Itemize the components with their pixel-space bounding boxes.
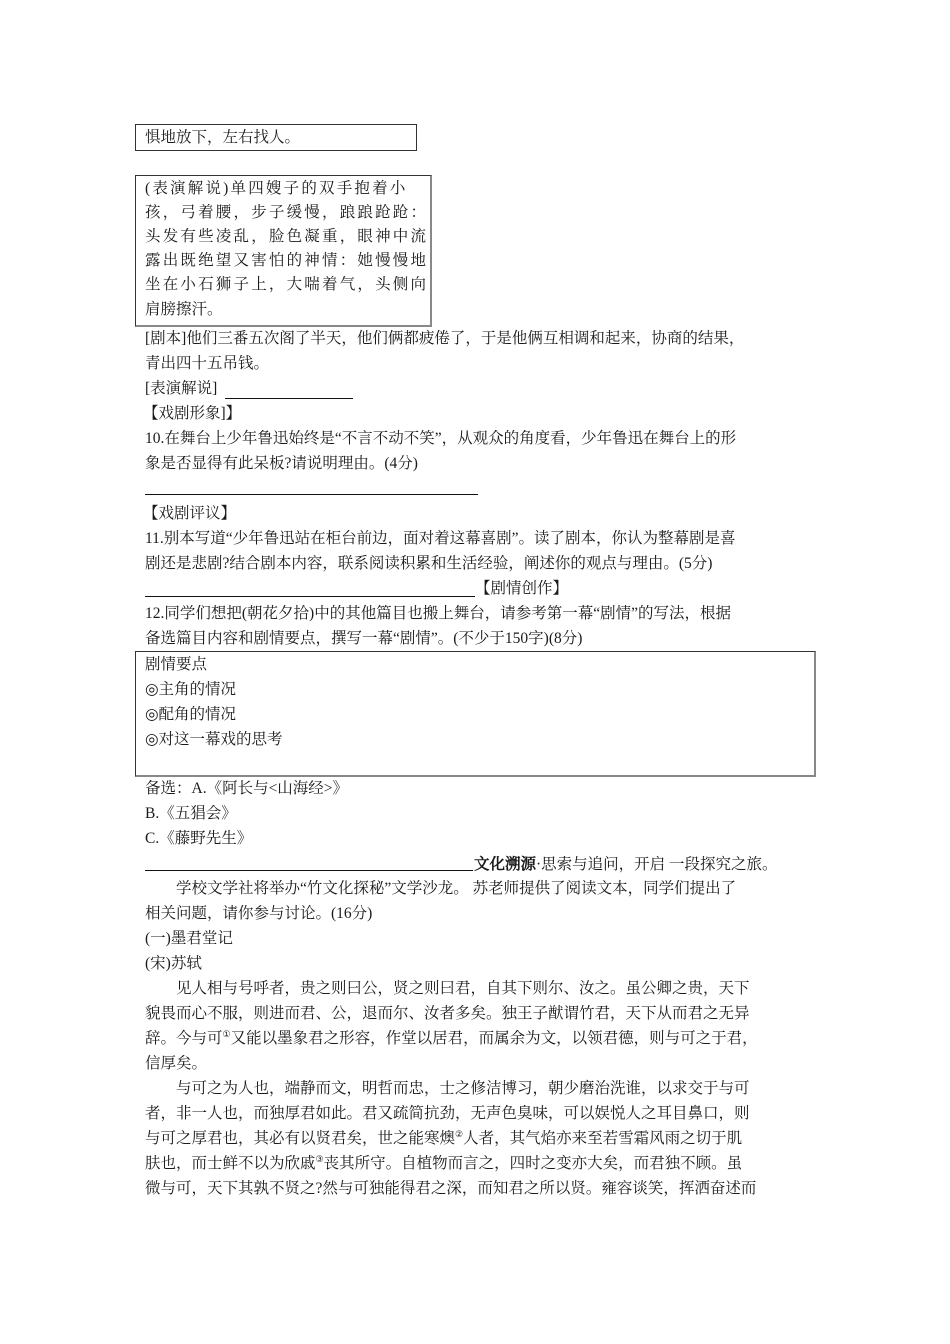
question-12-line-2: 备选篇目内容和剧情要点，撰写一幕“剧情”。(不少于150字)(8分)	[145, 629, 582, 649]
question-10-line-1: 10.在舞台上少年鲁迅始终是“不言不动不笑”，从观众的角度看，少年鲁迅在舞台上的…	[145, 429, 736, 449]
commentary-line: 头发有些凌乱，脸色凝重，眼神中流	[145, 227, 428, 247]
paragraph-1-line: 辞。今与可①又能以墨象君之形容，作堂以居君，而属余为文，以领君德，则与可之于君，	[145, 1029, 758, 1049]
question-11-line-2: 剧还是悲剧?结合剧本内容，联系阅读积累和生活经验，阐述你的观点与理由。(5分)	[145, 554, 712, 574]
paragraph-2-line: 与可之为人也，端静而文，明哲而忠，士之修洁博习，朝少磨治洗谁，以求交于与可	[176, 1079, 750, 1099]
culture-heading-rest: ·思索与追问，开启 一段探究之旅。	[536, 856, 778, 873]
commentary-line: (表演解说)单四嫂子的双手抱着小	[145, 179, 408, 199]
culture-heading-bold: 文化溯源	[474, 855, 536, 873]
intro-line-1: 学校文学社将举办“竹文化探秘”文学沙龙。 苏老师提供了阅读文本，同学们提出了	[176, 879, 736, 899]
plot-point: ◎主角的情况	[145, 680, 236, 700]
answer-line-q10[interactable]	[145, 494, 478, 495]
footnote-marker-3: ③	[316, 1154, 324, 1164]
option-b: B.《五猖会》	[145, 804, 237, 824]
section-heading-create: 【剧情创作】	[475, 579, 568, 599]
option-c: C.《藤野先生》	[145, 829, 252, 849]
footnote-marker-1: ①	[223, 1029, 231, 1039]
text-segment: 人者，其气焰亦来至若雪霜风雨之切于肌	[463, 1130, 742, 1147]
intro-line-2: 相关问题，请你参与讨论。(16分)	[145, 904, 372, 924]
text-box-1: 惧地放下，左右找人。	[135, 124, 417, 151]
paragraph-2-line: 与可之厚君也，其必有以贤君矣，世之能寒燠②人者，其气焰亦来至若雪霜风雨之切于肌	[145, 1129, 742, 1149]
paragraph-1-line: 貌畏而心不服，则进而君、公，退而尔、汝者多矣。独王子猷谓竹君，天下从而君之无异	[145, 1004, 750, 1024]
option-a: 备选：A.《阿长与<山海经>》	[145, 779, 348, 799]
commentary-label: [表演解说]	[145, 380, 217, 397]
section-heading-image: 【戏剧形象]】	[143, 404, 241, 424]
commentary-answer-blank[interactable]	[225, 380, 353, 399]
text-segment: 丧其所守。自植物而言之，四时之变亦大矣，而君独不顾。虽	[324, 1155, 743, 1172]
commentary-line: 肩膀擦汗。	[145, 300, 223, 320]
text-segment: 肤也，而士鲜不以为欣戚	[145, 1155, 316, 1172]
plot-points-title: 剧情要点	[145, 655, 207, 675]
text-segment: 与可之厚君也，其必有以贤君矣，世之能寒燠	[145, 1130, 455, 1147]
plot-points-box: 剧情要点 ◎主角的情况 ◎配角的情况 ◎对这一幕戏的思考	[135, 651, 816, 777]
answer-line-q11[interactable]	[145, 596, 475, 597]
text-title: (一)墨君堂记	[145, 929, 233, 949]
text-segment: 又能以墨象君之形容，作堂以居君，而属余为文，以领君德，则与可之于君，	[231, 1030, 758, 1047]
question-10-line-2: 象是否显得有此呆板?请说明理由。(4分)	[145, 454, 418, 474]
text-author: (宋)苏轼	[145, 954, 202, 974]
section-heading-review: 【戏剧评议】	[143, 504, 236, 524]
question-12-line-1: 12.同学们想把(朝花夕拾)中的其他篇目也搬上舞台，请参考第一幕“剧情”的写法，…	[145, 604, 731, 624]
plot-point: ◎对这一幕戏的思考	[145, 730, 283, 750]
answer-line-q12[interactable]	[145, 870, 473, 871]
commentary-answer-row: [表演解说]	[145, 379, 353, 399]
commentary-line: 露出既绝望又害怕的神情：她慢慢地	[145, 251, 428, 271]
commentary-line: 坐在小石狮子上，大喘着气，头侧向	[145, 275, 428, 295]
paragraph-2-line: 者，非一人也，而独厚君如此。君又疏简抗劲，无声色臭味，可以娱悦人之耳目鼻口，则	[145, 1104, 750, 1124]
commentary-line: 孩，弓着腰，步子缓慢，踉踉跄跄：	[145, 203, 428, 223]
paragraph-1-line: 见人相与号呼者，贵之则曰公，贤之则曰君，自其下则尔、汝之。虽公卿之贵，天下	[176, 979, 750, 999]
paragraph-2-line: 肤也，而士鲜不以为欣戚③丧其所守。自植物而言之，四时之变亦大矣，而君独不顾。虽	[145, 1154, 742, 1174]
plot-point: ◎配角的情况	[145, 705, 236, 725]
script-line-1: [剧本]他们三番五次阁了半天，他们俩都疲倦了，于是他俩互相调和起来，协商的结果，	[145, 329, 744, 349]
script-line-2: 青出四十五吊钱。	[145, 354, 269, 374]
performance-commentary-box: (表演解说)单四嫂子的双手抱着小 孩，弓着腰，步子缓慢，踉踉跄跄： 头发有些凌乱…	[135, 175, 432, 327]
text-segment: 辞。今与可	[145, 1030, 223, 1047]
paragraph-2-line: 微与可，天下其孰不贤之?然与可独能得君之深，而知君之所以贤。雍容谈笑，挥洒奋述而	[145, 1179, 756, 1199]
footnote-marker-2: ②	[455, 1129, 463, 1139]
paragraph-1-line: 信厚矣。	[145, 1054, 207, 1074]
culture-section-heading: 文化溯源·思索与追问，开启 一段探究之旅。	[474, 854, 778, 875]
box1-text: 惧地放下，左右找人。	[145, 128, 300, 148]
question-11-line-1: 11.别本写道“少年鲁迅站在柜台前边，面对着这幕喜剧”。读了剧本，你认为整幕剧是…	[145, 529, 736, 549]
